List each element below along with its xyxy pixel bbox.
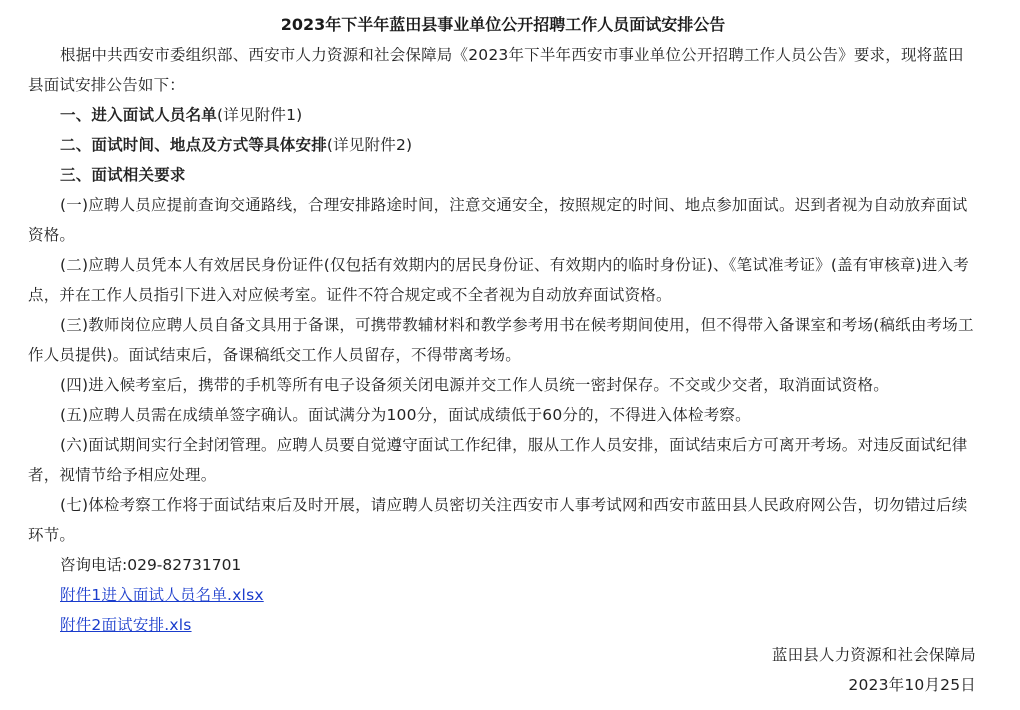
requirement-4: (四)进入候考室后，携带的手机等所有电子设备须关闭电源并交工作人员统一密封保存。… bbox=[28, 370, 978, 400]
requirement-2: (二)应聘人员凭本人有效居民身份证件(仅包括有效期内的居民身份证、有效期内的临时… bbox=[28, 250, 978, 310]
announcement-page: 2023年下半年蓝田县事业单位公开招聘工作人员面试安排公告 根据中共西安市委组织… bbox=[0, 0, 1020, 710]
signature-date: 2023年10月25日 bbox=[28, 670, 978, 700]
signature-org: 蓝田县人力资源和社会保障局 bbox=[28, 640, 978, 670]
attachment-row-2: 附件2面试安排.xls bbox=[28, 610, 978, 640]
attachment-row-1: 附件1进入面试人员名单.xlsx bbox=[28, 580, 978, 610]
contact-phone: 咨询电话:029-82731701 bbox=[28, 550, 978, 580]
section-note: (详见附件2) bbox=[327, 136, 412, 154]
intro-paragraph: 根据中共西安市委组织部、西安市人力资源和社会保障局《2023年下半年西安市事业单… bbox=[28, 40, 978, 100]
section-2: 二、面试时间、地点及方式等具体安排(详见附件2) bbox=[28, 130, 978, 160]
requirement-3: (三)教师岗位应聘人员自备文具用于备课，可携带教辅材料和教学参考用书在候考期间使… bbox=[28, 310, 978, 370]
section-3: 三、面试相关要求 bbox=[28, 160, 978, 190]
page-title: 2023年下半年蓝田县事业单位公开招聘工作人员面试安排公告 bbox=[28, 10, 978, 40]
attachment-link-2[interactable]: 附件2面试安排.xls bbox=[60, 616, 192, 634]
section-heading: 一、进入面试人员名单 bbox=[60, 106, 217, 124]
section-heading: 三、面试相关要求 bbox=[60, 166, 186, 184]
requirement-6: (六)面试期间实行全封闭管理。应聘人员要自觉遵守面试工作纪律，服从工作人员安排，… bbox=[28, 430, 978, 490]
section-note: (详见附件1) bbox=[217, 106, 302, 124]
attachment-link-1[interactable]: 附件1进入面试人员名单.xlsx bbox=[60, 586, 264, 604]
requirement-5: (五)应聘人员需在成绩单签字确认。面试满分为100分，面试成绩低于60分的，不得… bbox=[28, 400, 978, 430]
requirement-7: (七)体检考察工作将于面试结束后及时开展，请应聘人员密切关注西安市人事考试网和西… bbox=[28, 490, 978, 550]
section-heading: 二、面试时间、地点及方式等具体安排 bbox=[60, 136, 327, 154]
requirement-1: (一)应聘人员应提前查询交通路线，合理安排路途时间，注意交通安全，按照规定的时间… bbox=[28, 190, 978, 250]
document-body: 2023年下半年蓝田县事业单位公开招聘工作人员面试安排公告 根据中共西安市委组织… bbox=[28, 10, 978, 700]
section-1: 一、进入面试人员名单(详见附件1) bbox=[28, 100, 978, 130]
